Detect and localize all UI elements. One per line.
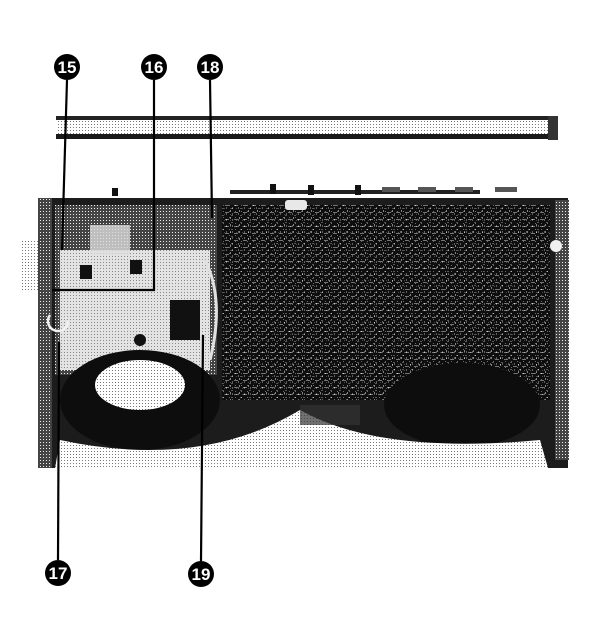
leader-line-17 xyxy=(58,342,59,560)
callout-17: 17 xyxy=(45,560,71,586)
callout-17-label: 17 xyxy=(49,564,68,583)
tape-reel-left xyxy=(60,350,220,450)
vcr-service-figure: 15 16 18 17 19 xyxy=(0,0,591,639)
callout-15-label: 15 xyxy=(58,58,77,77)
callout-19-label: 19 xyxy=(192,565,211,584)
callout-18: 18 xyxy=(197,54,223,80)
main-circuit-board xyxy=(222,200,562,400)
callout-15: 15 xyxy=(54,54,80,80)
tape-reel-right xyxy=(384,363,540,447)
callout-19: 19 xyxy=(188,561,214,587)
vcr-photo-illustration: 15 16 18 17 19 xyxy=(0,0,591,639)
top-rail xyxy=(56,116,558,140)
callout-16: 16 xyxy=(141,54,167,80)
callout-18-label: 18 xyxy=(201,58,220,77)
rear-connectors xyxy=(112,184,517,196)
leader-line-18 xyxy=(210,80,212,218)
callout-16-label: 16 xyxy=(145,58,164,77)
